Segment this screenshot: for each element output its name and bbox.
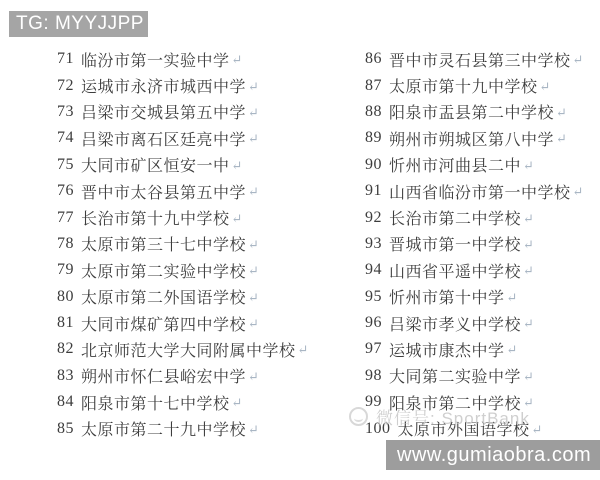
- school-name: 山西省临汾市第一中学校: [389, 180, 571, 203]
- telegram-tag-label: TG: MYYJJPP: [16, 13, 144, 34]
- list-item: 78太原市第三十七中学校↵: [57, 231, 308, 257]
- school-name: 吕梁市交城县第五中学: [81, 100, 246, 123]
- school-name: 大同第二实验中学: [389, 364, 521, 387]
- rank-number: 100: [365, 420, 391, 438]
- list-item: 98大同第二实验中学↵: [365, 363, 583, 389]
- rank-number: 94: [365, 261, 382, 279]
- rank-number: 93: [365, 235, 382, 253]
- school-list-left-column: 71临汾市第一实验中学↵72运城市永济市城西中学↵73吕梁市交城县第五中学↵74…: [57, 46, 308, 442]
- paragraph-mark-icon: ↵: [523, 395, 534, 411]
- paragraph-mark-icon: ↵: [248, 184, 259, 200]
- rank-number: 95: [365, 288, 382, 306]
- list-item: 83朔州市怀仁县峪宏中学↵: [57, 363, 308, 389]
- list-item: 80太原市第二外国语学校↵: [57, 284, 308, 310]
- paragraph-mark-icon: ↵: [248, 290, 259, 306]
- school-name: 长治市第二中学校: [389, 206, 521, 229]
- paragraph-mark-icon: ↵: [248, 369, 259, 385]
- school-name: 忻州市第十中学: [389, 285, 505, 308]
- school-name: 太原市第二十九中学校: [81, 417, 246, 440]
- rank-number: 83: [57, 367, 74, 385]
- school-name: 阳泉市盂县第二中学校: [389, 100, 554, 123]
- rank-number: 85: [57, 420, 74, 438]
- rank-number: 97: [365, 340, 382, 358]
- school-name: 阳泉市第十七中学校: [81, 391, 230, 414]
- telegram-tag-badge: TG: MYYJJPP: [9, 11, 148, 37]
- paragraph-mark-icon: ↵: [232, 211, 243, 227]
- school-name: 朔州市朔城区第八中学: [389, 127, 554, 150]
- rank-number: 79: [57, 261, 74, 279]
- paragraph-mark-icon: ↵: [507, 290, 518, 306]
- rank-number: 71: [57, 50, 74, 68]
- paragraph-mark-icon: ↵: [232, 158, 243, 174]
- rank-number: 73: [57, 103, 74, 121]
- school-name: 大同市矿区恒安一中: [81, 153, 230, 176]
- school-name: 运城市永济市城西中学: [81, 74, 246, 97]
- school-name: 大同市煤矿第四中学校: [81, 312, 246, 335]
- rank-number: 82: [57, 340, 74, 358]
- paragraph-mark-icon: ↵: [507, 342, 518, 358]
- paragraph-mark-icon: ↵: [556, 131, 567, 147]
- school-name: 太原市第三十七中学校: [81, 232, 246, 255]
- list-item: 93晋城市第一中学校↵: [365, 231, 583, 257]
- rank-number: 77: [57, 209, 74, 227]
- school-name: 山西省平遥中学校: [389, 259, 521, 282]
- school-name: 阳泉市第二中学校: [389, 391, 521, 414]
- list-item: 94山西省平遥中学校↵: [365, 257, 583, 283]
- rank-number: 72: [57, 77, 74, 95]
- school-name: 晋城市第一中学校: [389, 232, 521, 255]
- list-item: 76晋中市太谷县第五中学↵: [57, 178, 308, 204]
- rank-number: 74: [57, 129, 74, 147]
- rank-number: 78: [57, 235, 74, 253]
- list-item: 95忻州市第十中学↵: [365, 284, 583, 310]
- list-item: 81大同市煤矿第四中学校↵: [57, 310, 308, 336]
- list-item: 77长治市第十九中学校↵: [57, 204, 308, 230]
- school-name: 晋中市太谷县第五中学: [81, 180, 246, 203]
- paragraph-mark-icon: ↵: [232, 52, 243, 68]
- rank-number: 89: [365, 129, 382, 147]
- footer-url-text: www.gumiaobra.com: [397, 444, 591, 466]
- rank-number: 90: [365, 156, 382, 174]
- school-name: 忻州市河曲县二中: [389, 153, 521, 176]
- list-item: 85太原市第二十九中学校↵: [57, 415, 308, 441]
- list-item: 92长治市第二中学校↵: [365, 204, 583, 230]
- rank-number: 86: [365, 50, 382, 68]
- school-name: 晋中市灵石县第三中学校: [389, 48, 571, 71]
- school-name: 吕梁市离石区廷亮中学: [81, 127, 246, 150]
- list-item: 84阳泉市第十七中学校↵: [57, 389, 308, 415]
- paragraph-mark-icon: ↵: [523, 263, 534, 279]
- list-item: 73吕梁市交城县第五中学↵: [57, 99, 308, 125]
- rank-number: 81: [57, 314, 74, 332]
- list-item: 91山西省临汾市第一中学校↵: [365, 178, 583, 204]
- rank-number: 92: [365, 209, 382, 227]
- list-item: 71临汾市第一实验中学↵: [57, 46, 308, 72]
- rank-number: 75: [57, 156, 74, 174]
- paragraph-mark-icon: ↵: [248, 237, 259, 253]
- paragraph-mark-icon: ↵: [523, 158, 534, 174]
- school-name: 太原市第十九中学校: [389, 74, 538, 97]
- list-item: 89朔州市朔城区第八中学↵: [365, 125, 583, 151]
- list-item: 97运城市康杰中学↵: [365, 336, 583, 362]
- paragraph-mark-icon: ↵: [248, 131, 259, 147]
- paragraph-mark-icon: ↵: [573, 52, 584, 68]
- rank-number: 96: [365, 314, 382, 332]
- list-item: 100太原市外国语学校↵: [365, 415, 583, 441]
- paragraph-mark-icon: ↵: [248, 105, 259, 121]
- paragraph-mark-icon: ↵: [540, 79, 551, 95]
- paragraph-mark-icon: ↵: [556, 105, 567, 121]
- list-item: 72运城市永济市城西中学↵: [57, 72, 308, 98]
- paragraph-mark-icon: ↵: [523, 237, 534, 253]
- list-item: 88阳泉市盂县第二中学校↵: [365, 99, 583, 125]
- rank-number: 99: [365, 393, 382, 411]
- list-item: 87太原市第十九中学校↵: [365, 72, 583, 98]
- school-name: 吕梁市孝义中学校: [389, 312, 521, 335]
- list-item: 96吕梁市孝义中学校↵: [365, 310, 583, 336]
- list-item: 75大同市矿区恒安一中↵: [57, 152, 308, 178]
- list-item: 82北京师范大学大同附属中学校↵: [57, 336, 308, 362]
- footer-url-bar: www.gumiaobra.com: [386, 440, 600, 470]
- rank-number: 98: [365, 367, 382, 385]
- paragraph-mark-icon: ↵: [248, 263, 259, 279]
- paragraph-mark-icon: ↵: [523, 211, 534, 227]
- school-name: 朔州市怀仁县峪宏中学: [81, 364, 246, 387]
- paragraph-mark-icon: ↵: [523, 316, 534, 332]
- rank-number: 87: [365, 77, 382, 95]
- rank-number: 84: [57, 393, 74, 411]
- school-name: 运城市康杰中学: [389, 338, 505, 361]
- list-item: 99阳泉市第二中学校↵: [365, 389, 583, 415]
- list-item: 90忻州市河曲县二中↵: [365, 152, 583, 178]
- paragraph-mark-icon: ↵: [232, 395, 243, 411]
- list-item: 86晋中市灵石县第三中学校↵: [365, 46, 583, 72]
- rank-number: 80: [57, 288, 74, 306]
- school-list-right-column: 86晋中市灵石县第三中学校↵87太原市第十九中学校↵88阳泉市盂县第二中学校↵8…: [365, 46, 583, 442]
- page: { "header": { "badge": "TG: MYYJJPP" }, …: [0, 0, 600, 480]
- rank-number: 91: [365, 182, 382, 200]
- list-item: 74吕梁市离石区廷亮中学↵: [57, 125, 308, 151]
- paragraph-mark-icon: ↵: [523, 369, 534, 385]
- rank-number: 76: [57, 182, 74, 200]
- paragraph-mark-icon: ↵: [248, 422, 259, 438]
- paragraph-mark-icon: ↵: [248, 316, 259, 332]
- paragraph-mark-icon: ↵: [573, 184, 584, 200]
- school-name: 太原市第二外国语学校: [81, 285, 246, 308]
- school-name: 太原市外国语学校: [398, 417, 530, 440]
- paragraph-mark-icon: ↵: [532, 422, 543, 438]
- school-name: 太原市第二实验中学校: [81, 259, 246, 282]
- paragraph-mark-icon: ↵: [298, 342, 309, 358]
- list-item: 79太原市第二实验中学校↵: [57, 257, 308, 283]
- rank-number: 88: [365, 103, 382, 121]
- school-name: 长治市第十九中学校: [81, 206, 230, 229]
- school-name: 临汾市第一实验中学: [81, 48, 230, 71]
- paragraph-mark-icon: ↵: [248, 79, 259, 95]
- school-name: 北京师范大学大同附属中学校: [81, 338, 296, 361]
